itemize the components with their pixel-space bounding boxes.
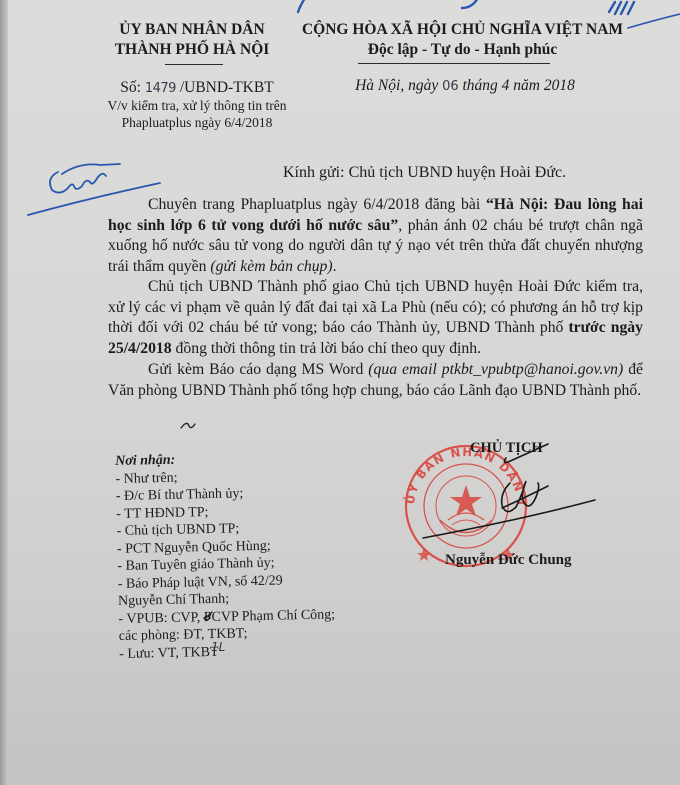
- date-prefix: Hà Nội, ngày: [355, 77, 442, 94]
- signer-title: CHỦ TỊCH: [470, 440, 543, 457]
- date-suffix: tháng 4 năm 2018: [459, 77, 575, 94]
- attachment-note: (gửi kèm bản chụp): [210, 258, 332, 275]
- issuer-header: ỦY BAN NHÂN DÂN THÀNH PHỐ HÀ NỘI: [92, 20, 292, 60]
- subject-line-2: Phapluatplus ngày 6/4/2018: [92, 114, 302, 131]
- email-note: (qua email ptkbt_vpubtp@hanoi.gov.vn): [368, 361, 623, 378]
- handwritten-page-mark: 1L: [211, 640, 225, 654]
- recipients-list: Nơi nhận: - Như trên; - Đ/c Bí thư Thành…: [115, 448, 336, 662]
- number-suffix: /UBND-TKBT: [176, 79, 274, 96]
- number-prefix: Số:: [120, 79, 145, 96]
- p1-text: Chuyên trang Phapluatplus ngày 6/4/2018 …: [148, 196, 486, 213]
- p1-end: .: [333, 258, 337, 275]
- p2-text: Chủ tịch UBND Thành phố giao Chủ tịch UB…: [108, 278, 643, 336]
- national-motto: Độc lập - Tự do - Hạnh phúc: [300, 40, 625, 60]
- paper-edge-shadow: [0, 0, 8, 785]
- national-divider: [358, 63, 550, 64]
- official-signature-icon: [423, 444, 595, 538]
- subject-line-1: V/v kiểm tra, xử lý thông tin trên: [92, 97, 302, 114]
- tick-mark-icon: [181, 423, 195, 428]
- document-subject: V/v kiểm tra, xử lý thông tin trên Phapl…: [92, 97, 302, 131]
- issuer-divider: [165, 64, 223, 65]
- body-paragraph-3: Gửi kèm Báo cáo dạng MS Word (qua email …: [108, 360, 643, 401]
- seal-star-icon: [450, 485, 482, 516]
- p2-text-cont: đồng thời thông tin trả lời báo chí theo…: [172, 340, 481, 357]
- issuer-line-2: THÀNH PHỐ HÀ NỘI: [92, 40, 292, 60]
- body-paragraph-1: Chuyên trang Phapluatplus ngày 6/4/2018 …: [108, 195, 643, 277]
- p3-text: Gửi kèm Báo cáo dạng MS Word: [148, 361, 368, 378]
- issuer-line-1: ỦY BAN NHÂN DÂN: [92, 20, 292, 40]
- document-number: Số: 1479 /UBND-TKBT: [92, 78, 302, 98]
- handwritten-day: 06: [442, 79, 459, 94]
- national-header: CỘNG HÒA XÃ HỘI CHỦ NGHĨA VIỆT NAM Độc l…: [300, 20, 625, 60]
- body-paragraph-2: Chủ tịch UBND Thành phố giao Chủ tịch UB…: [108, 277, 643, 359]
- signer-name: Nguyễn Đức Chung: [445, 552, 572, 569]
- handwritten-number: 1479: [145, 81, 176, 96]
- addressee: Kính gửi: Chủ tịch UBND huyện Hoài Đức.: [283, 164, 566, 182]
- place-date: Hà Nội, ngày 06 tháng 4 năm 2018: [320, 77, 610, 95]
- national-title: CỘNG HÒA XÃ HỘI CHỦ NGHĨA VIỆT NAM: [300, 20, 625, 40]
